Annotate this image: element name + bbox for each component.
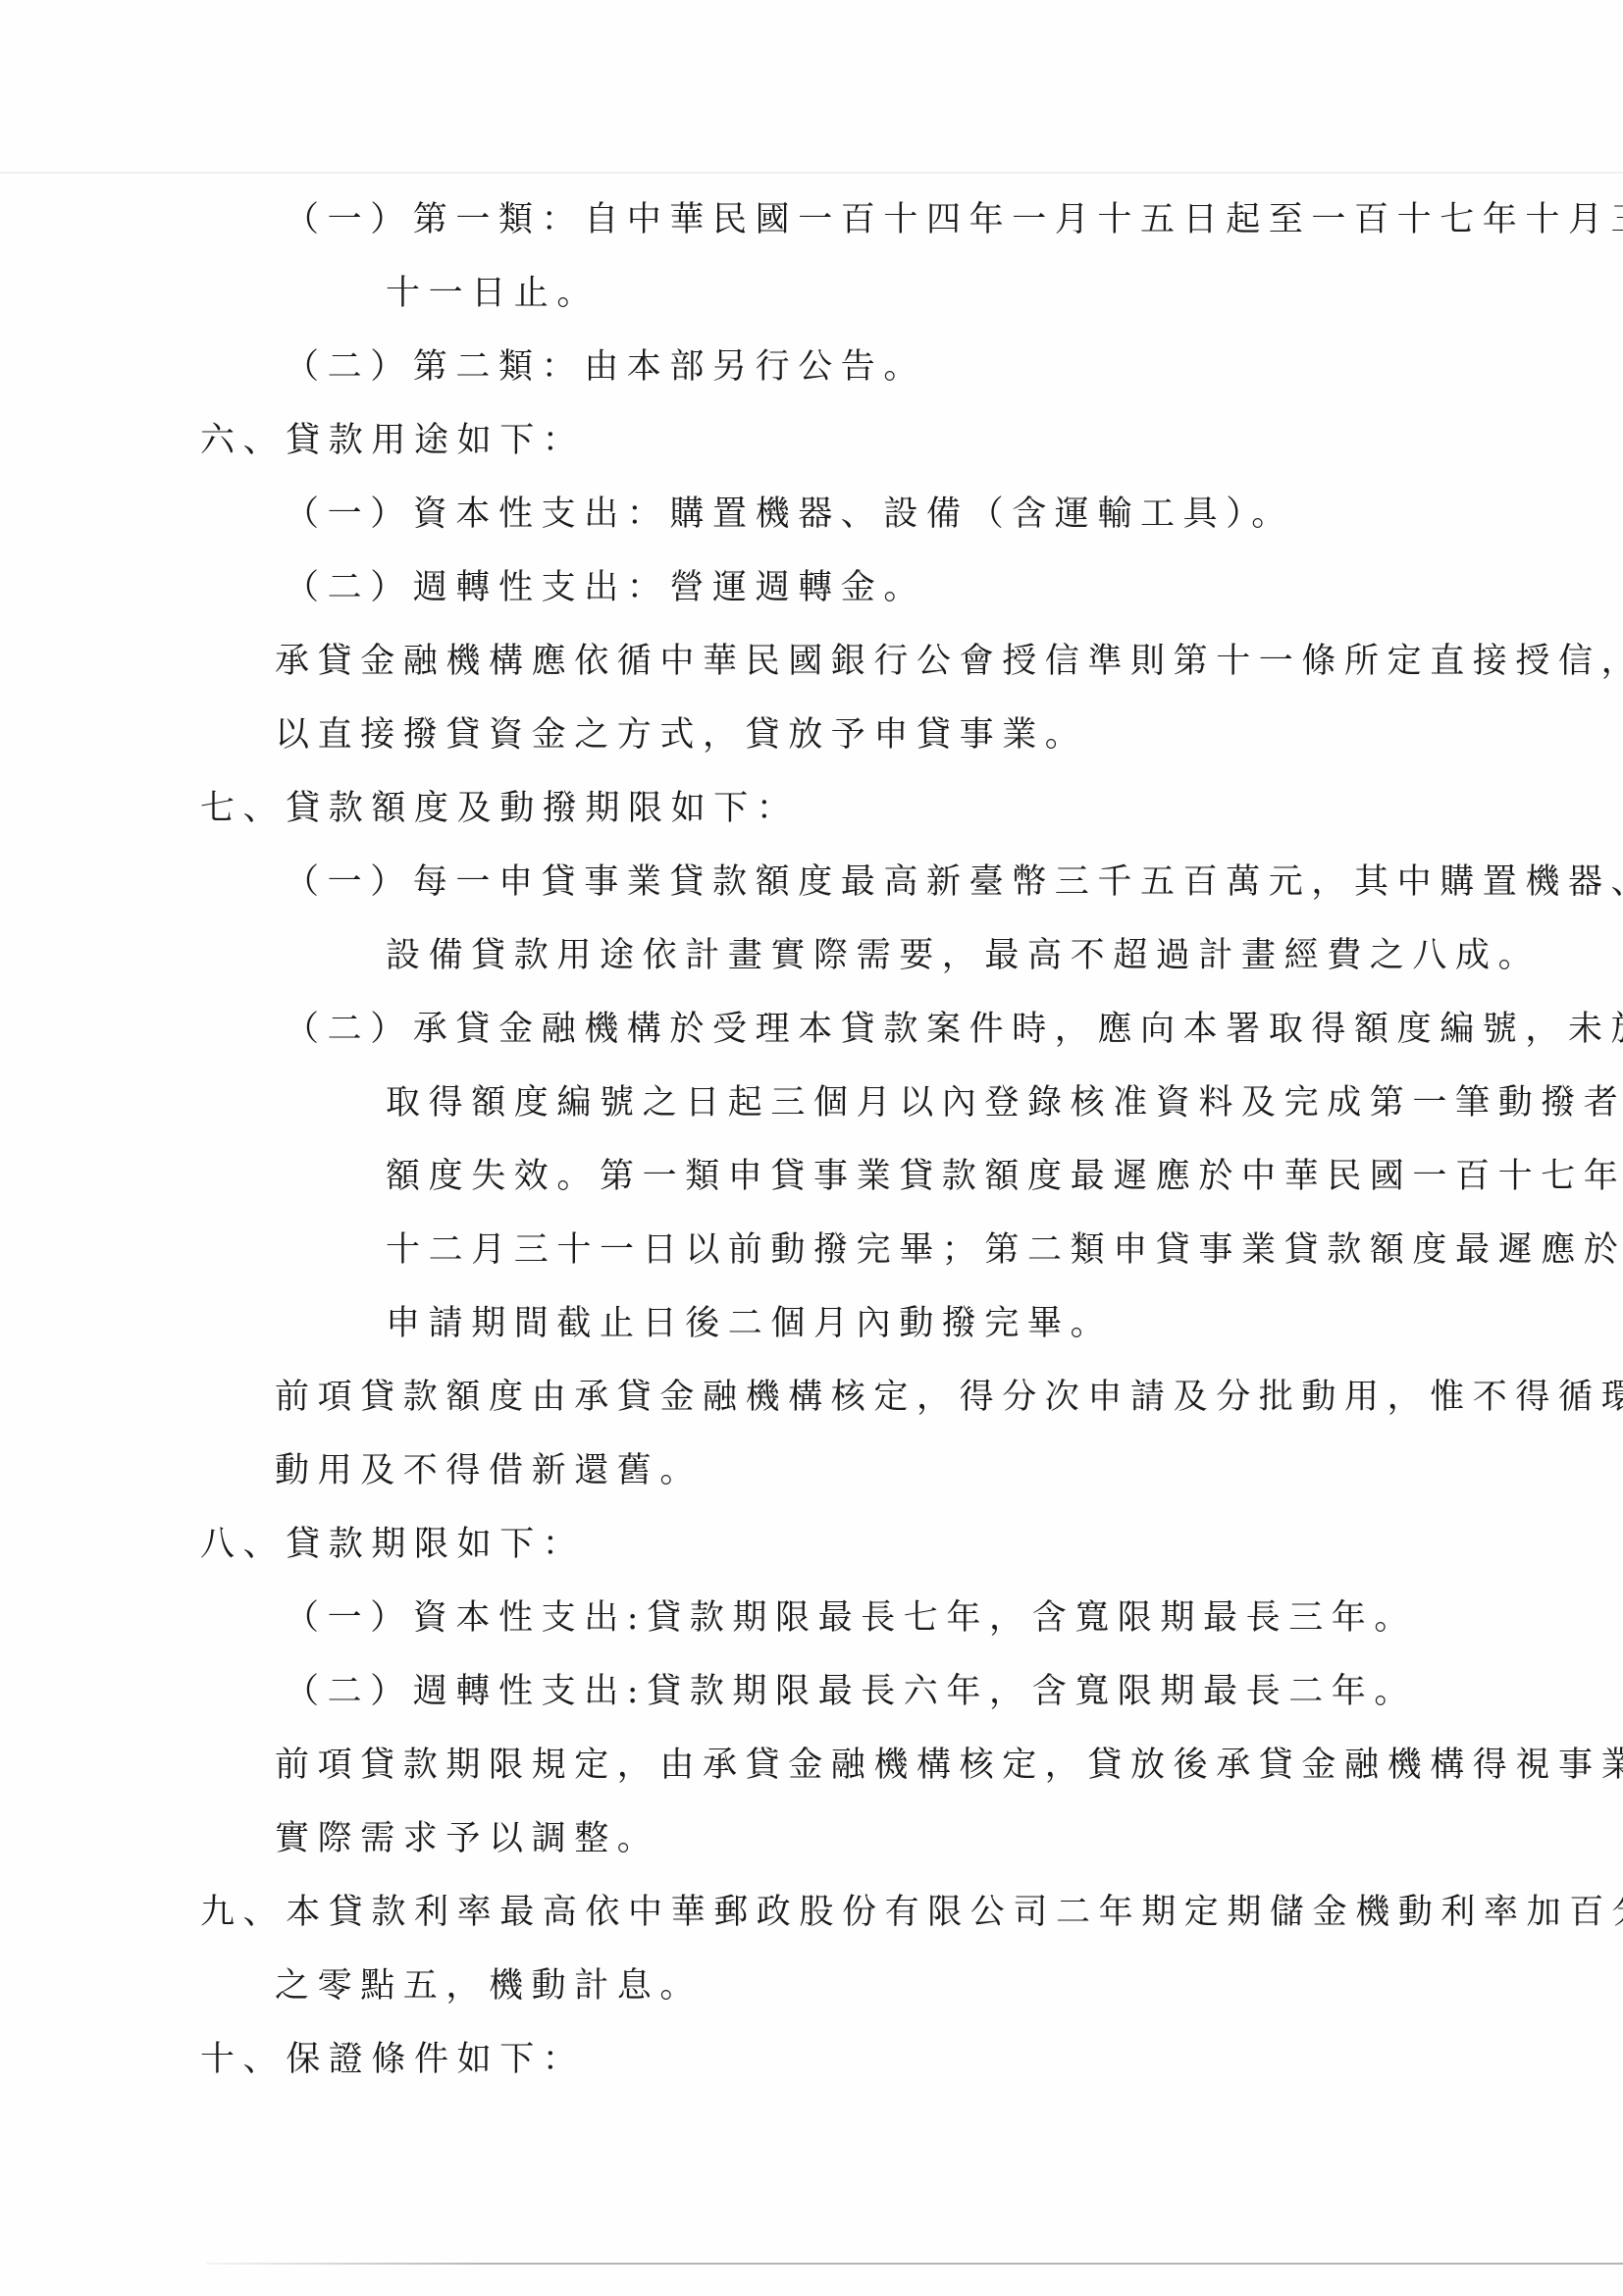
- section-7-heading: 七、貸款額度及動撥期限如下：: [200, 787, 799, 830]
- paragraph-continuation: 動用及不得借新還舊。: [275, 1449, 703, 1492]
- paragraph-direct-credit: 承貸金融機構應依循中華民國銀行公會授信準則第十一條所定直接授信，: [275, 640, 1623, 683]
- sub-item-working-term: （二）週轉性支出:貸款期限最長六年，含寬限期最長二年。: [285, 1670, 1417, 1713]
- sub-item-category-1: （一）第一類：自中華民國一百十四年一月十五日起至一百十七年十月三: [285, 198, 1623, 241]
- sub-item-continuation: 十一日止。: [386, 272, 600, 315]
- paragraph-term-adjustment: 前項貸款期限規定，由承貸金融機構核定，貸放後承貸金融機構得視事業: [275, 1744, 1623, 1787]
- scan-artifact-top: [0, 172, 1623, 174]
- sub-item-capital-term: （一）資本性支出:貸款期限最長七年，含寬限期最長三年。: [285, 1596, 1417, 1640]
- sub-item-category-2: （二）第二類：由本部另行公告。: [285, 345, 926, 389]
- document-page: （一）第一類：自中華民國一百十四年一月十五日起至一百十七年十月三 十一日止。 （…: [0, 0, 1623, 2296]
- scan-artifact-bottom: [206, 2263, 1623, 2265]
- paragraph-continuation: 以直接撥貸資金之方式，貸放予申貸事業。: [275, 713, 1087, 757]
- sub-item-continuation: 設備貸款用途依計畫實際需要，最高不超過計畫經費之八成。: [386, 934, 1541, 977]
- section-10-heading: 十、保證條件如下：: [200, 2038, 585, 2081]
- sub-item-continuation: 十二月三十一日以前動撥完畢；第二類申貸事業貸款額度最遲應於: [386, 1228, 1623, 1272]
- sub-item-capital-expenditure: （一）資本性支出：購置機器、設備（含運輸工具）。: [285, 493, 1294, 536]
- paragraph-quota-approval: 前項貸款額度由承貸金融機構核定，得分次申請及分批動用，惟不得循環: [275, 1376, 1623, 1419]
- section-continuation: 之零點五，機動計息。: [275, 1964, 703, 2008]
- paragraph-continuation: 實際需求予以調整。: [275, 1817, 659, 1860]
- section-6-heading: 六、貸款用途如下：: [200, 419, 585, 462]
- section-9-interest-rate: 九、本貸款利率最高依中華郵政股份有限公司二年期定期儲金機動利率加百分: [200, 1891, 1623, 1934]
- sub-item-continuation: 額度失效。第一類申貸事業貸款額度最遲應於中華民國一百十七年: [386, 1155, 1623, 1198]
- sub-item-working-capital: （二）週轉性支出：營運週轉金。: [285, 566, 926, 609]
- sub-item-continuation: 申請期間截止日後二個月內動撥完畢。: [386, 1302, 1113, 1345]
- sub-item-continuation: 取得額度編號之日起三個月以內登錄核准資料及完成第一筆動撥者: [386, 1081, 1623, 1124]
- section-8-heading: 八、貸款期限如下：: [200, 1523, 585, 1566]
- sub-item-quota-number: （二）承貸金融機構於受理本貸款案件時，應向本署取得額度編號，未於: [285, 1008, 1623, 1051]
- sub-item-loan-limit: （一）每一申貸事業貸款額度最高新臺幣三千五百萬元，其中購置機器、: [285, 861, 1623, 904]
